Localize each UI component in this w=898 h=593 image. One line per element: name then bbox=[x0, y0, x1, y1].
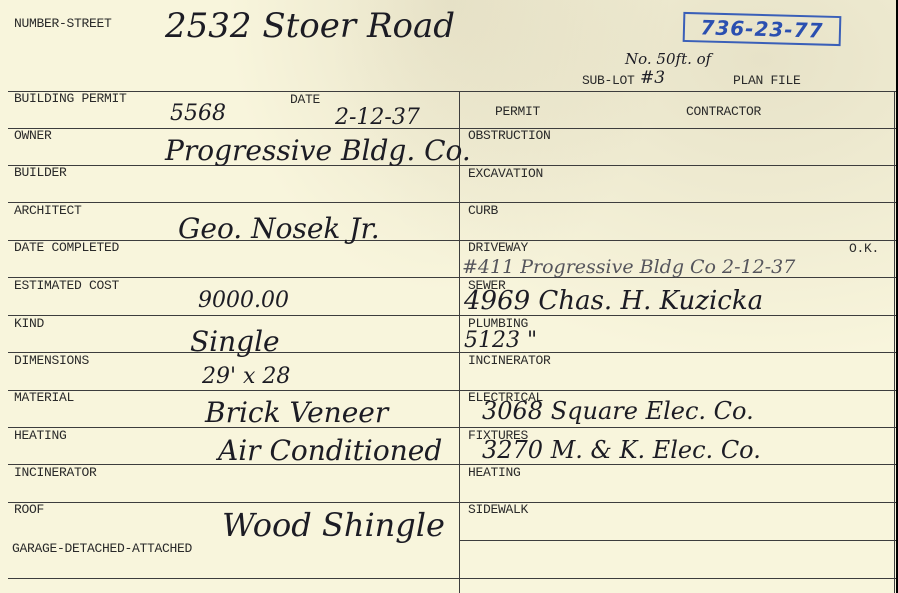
architect-value: Geo. Nosek Jr. bbox=[178, 212, 380, 245]
roof-value: Wood Shingle bbox=[222, 506, 445, 544]
contractor-header: CONTRACTOR bbox=[686, 104, 761, 119]
driveway-value: #411 Progressive Bldg Co 2-12-37 bbox=[462, 256, 795, 278]
number-street-value: 2532 Stoer Road bbox=[165, 6, 455, 46]
garage-label: GARAGE-DETACHED-ATTACHED bbox=[12, 541, 192, 556]
permit-header: PERMIT bbox=[495, 104, 540, 119]
material-label: MATERIAL bbox=[14, 390, 74, 405]
dimensions-label: DIMENSIONS bbox=[14, 353, 89, 368]
kind-label: KIND bbox=[14, 316, 44, 331]
dimensions-value: 29' x 28 bbox=[202, 364, 290, 389]
file-number-stamp: 736-23-77 bbox=[683, 12, 842, 46]
heating-permit-label: HEATING bbox=[468, 465, 521, 480]
architect-label: ARCHITECT bbox=[14, 203, 82, 218]
owner-value: Progressive Bldg. Co. bbox=[165, 134, 471, 167]
building-permit-value: 5568 bbox=[170, 101, 226, 126]
obstruction-label: OBSTRUCTION bbox=[468, 128, 551, 143]
incinerator-permit-label: INCINERATOR bbox=[468, 353, 551, 368]
plumbing-value: 5123 " bbox=[464, 328, 537, 353]
builder-label: BUILDER bbox=[14, 165, 67, 180]
heating-label: HEATING bbox=[14, 428, 67, 443]
estimated-cost-label: ESTIMATED COST bbox=[14, 278, 119, 293]
plan-file-label: PLAN FILE bbox=[733, 73, 801, 88]
date-completed-label: DATE COMPLETED bbox=[14, 240, 119, 255]
driveway-ok-note: O.K. bbox=[849, 241, 879, 256]
sidewalk-label: SIDEWALK bbox=[468, 502, 528, 517]
date-value: 2-12-37 bbox=[335, 105, 420, 130]
kind-value: Single bbox=[190, 325, 280, 358]
sewer-value: 4969 Chas. H. Kuzicka bbox=[464, 286, 763, 316]
permit-card: NUMBER-STREET 2532 Stoer Road 736-23-77 … bbox=[0, 0, 896, 593]
driveway-label: DRIVEWAY bbox=[468, 240, 528, 255]
incinerator-label: INCINERATOR bbox=[14, 465, 97, 480]
sublot-label: SUB-LOT bbox=[582, 73, 635, 88]
estimated-cost-value: 9000.00 bbox=[198, 288, 289, 313]
sublot-value: #3 bbox=[640, 68, 665, 88]
material-value: Brick Veneer bbox=[205, 396, 388, 429]
sublot-note: No. 50ft. of bbox=[625, 50, 711, 68]
number-street-label: NUMBER-STREET bbox=[14, 16, 112, 31]
curb-label: CURB bbox=[468, 203, 498, 218]
owner-label: OWNER bbox=[14, 128, 52, 143]
fixtures-value: 3270 M. & K. Elec. Co. bbox=[482, 436, 761, 464]
excavation-label: EXCAVATION bbox=[468, 166, 543, 181]
heating-value: Air Conditioned bbox=[218, 434, 442, 467]
electrical-value: 3068 Square Elec. Co. bbox=[482, 397, 754, 425]
roof-label: ROOF bbox=[14, 502, 44, 517]
date-label: DATE bbox=[290, 92, 320, 107]
building-permit-label: BUILDING PERMIT bbox=[14, 91, 127, 106]
